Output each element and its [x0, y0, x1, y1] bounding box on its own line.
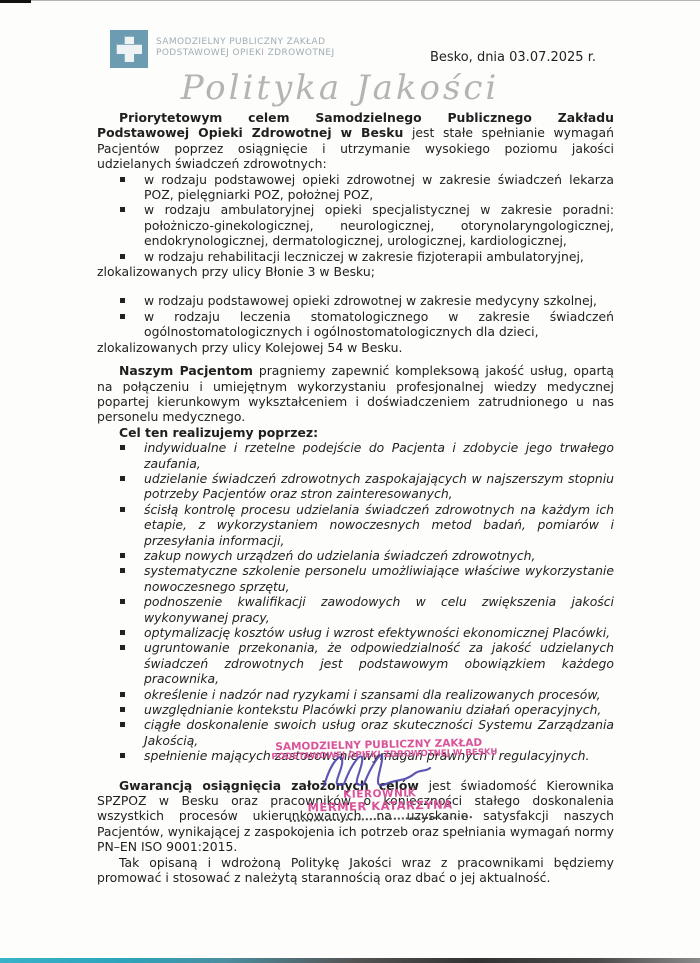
goal-item-text: zakup nowych urządzeń do udzielania świa…	[144, 548, 614, 563]
patients-paragraph: Naszym Pacjentom pragniemy zapewnić komp…	[97, 363, 614, 425]
bullet-square-icon	[120, 722, 125, 727]
bullet-square-icon	[120, 254, 125, 259]
goal-item-text: indywidualne i rzetelne podejście do Pac…	[144, 440, 614, 471]
organization-name-line2: PODSTAWOWEJ OPIEKI ZDROWOTNEJ	[156, 48, 335, 59]
service-item: w rodzaju podstawowej opieki zdrowotnej …	[97, 293, 614, 308]
scanned-document-page: SAMODZIELNY PUBLICZNY ZAKŁAD PODSTAWOWEJ…	[0, 0, 700, 963]
goal-item: ugruntowanie przekonania, że odpowiedzia…	[97, 640, 614, 686]
service-item: w rodzaju ambulatoryjnej opieki specjali…	[97, 202, 614, 248]
spacer	[97, 279, 614, 293]
intro-paragraph: Priorytetowym celem Samodzielnego Public…	[97, 110, 614, 172]
service-item-text: w rodzaju rehabilitacji leczniczej w zak…	[144, 249, 614, 264]
organization-logo	[110, 30, 148, 68]
bullet-square-icon	[120, 553, 125, 558]
location-line-primary: zlokalizowanych przy ulicy Błonie 3 w Be…	[97, 264, 614, 279]
closing-paragraph: Tak opisaną i wdrożoną Politykę Jakości …	[97, 855, 614, 886]
goal-item-text: ugruntowanie przekonania, że odpowiedzia…	[144, 640, 614, 686]
service-item-text: w rodzaju leczenia stomatologicznego w z…	[144, 309, 614, 340]
document-date: Besko, dnia 03.07.2025 r.	[430, 50, 596, 65]
goal-item-text: optymalizację kosztów usług i wzrost efe…	[144, 625, 614, 640]
stamp-org-line2: PODSTAWOWEJ OPIEKI ZDROWOTNEJ W BESKU	[271, 749, 486, 763]
patients-lead: Naszym Pacjentom	[119, 363, 253, 378]
service-item-text: w rodzaju podstawowej opieki zdrowotnej …	[144, 172, 614, 203]
goal-item: optymalizację kosztów usług i wzrost efe…	[97, 625, 614, 640]
service-item: w rodzaju podstawowej opieki zdrowotnej …	[97, 172, 614, 203]
goals-heading: Cel ten realizujemy poprzez:	[97, 425, 614, 440]
goal-item-text: określenie i nadzór nad ryzykami i szans…	[144, 687, 614, 702]
bullet-square-icon	[120, 599, 125, 604]
bullet-square-icon	[120, 298, 125, 303]
location-line-secondary: zlokalizowanych przy ulicy Kolejowej 54 …	[97, 340, 614, 355]
bullet-square-icon	[120, 476, 125, 481]
bullet-square-icon	[120, 177, 125, 182]
goal-item: udzielanie świadczeń zdrowotnych zaspoka…	[97, 471, 614, 502]
organization-name-line1: SAMODZIELNY PUBLICZNY ZAKŁAD	[156, 37, 335, 48]
goal-item: indywidualne i rzetelne podejście do Pac…	[97, 440, 614, 471]
goal-item: systematyczne szkolenie personelu umożli…	[97, 563, 614, 594]
goal-item-text: ścisłą kontrolę procesu udzielania świad…	[144, 502, 614, 548]
goal-item-text: podnoszenie kwalifikacji zawodowych w ce…	[144, 594, 614, 625]
bullet-square-icon	[120, 314, 125, 319]
bullet-square-icon	[120, 645, 125, 650]
bullet-square-icon	[120, 692, 125, 697]
goal-item: ścisłą kontrolę procesu udzielania świad…	[97, 502, 614, 548]
service-item-text: w rodzaju podstawowej opieki zdrowotnej …	[144, 293, 614, 308]
goal-item-text: uwzględnianie kontekstu Placówki przy pl…	[144, 702, 614, 717]
goal-item: podnoszenie kwalifikacji zawodowych w ce…	[97, 594, 614, 625]
goal-item: zakup nowych urządzeń do udzielania świa…	[97, 548, 614, 563]
official-stamp: SAMODZIELNY PUBLICZNY ZAKŁAD PODSTAWOWEJ…	[271, 737, 488, 823]
goal-item: uwzględnianie kontekstu Placówki przy pl…	[97, 702, 614, 717]
bullet-square-icon	[120, 507, 125, 512]
goal-item-text: udzielanie świadczeń zdrowotnych zaspoka…	[144, 471, 614, 502]
bullet-square-icon	[120, 207, 125, 212]
organization-name: SAMODZIELNY PUBLICZNY ZAKŁAD PODSTAWOWEJ…	[156, 37, 335, 59]
scan-corner-mark	[0, 0, 31, 3]
bullet-square-icon	[120, 568, 125, 573]
scan-edge-top	[0, 0, 700, 1]
service-item: w rodzaju leczenia stomatologicznego w z…	[97, 309, 614, 340]
service-item: w rodzaju rehabilitacji leczniczej w zak…	[97, 249, 614, 264]
scan-edge-bottom	[0, 958, 700, 963]
bullet-square-icon	[120, 630, 125, 635]
goal-item-text: systematyczne szkolenie personelu umożli…	[144, 563, 614, 594]
document-title: Polityka Jakości	[0, 68, 680, 108]
medical-cross-icon	[116, 44, 142, 54]
bullet-square-icon	[120, 707, 125, 712]
bullet-square-icon	[120, 753, 125, 758]
bullet-square-icon	[120, 445, 125, 450]
service-item-text: w rodzaju ambulatoryjnej opieki specjali…	[144, 202, 614, 248]
goal-item: określenie i nadzór nad ryzykami i szans…	[97, 687, 614, 702]
spacer	[97, 355, 614, 363]
